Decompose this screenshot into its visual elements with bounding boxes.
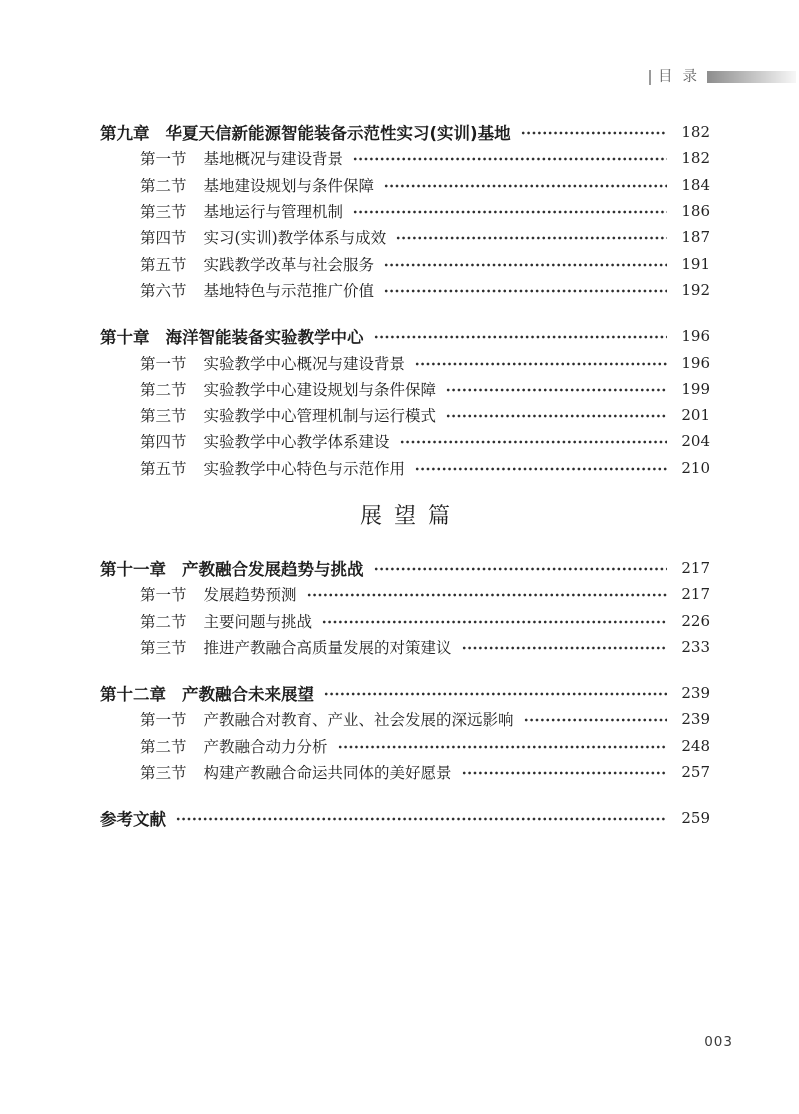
part-title: 展望篇 [100, 501, 710, 533]
section-number: 第一节 [140, 708, 187, 730]
toc-chapter-block: 第十二章产教融合未来展望239第一节产教融合对教育、产业、社会发展的深远影响23… [100, 680, 710, 785]
toc-section-row: 第一节基地概况与建设背景182 [100, 145, 710, 171]
toc-chapter-block: 第十章海洋智能装备实验教学中心196第一节实验教学中心概况与建设背景196第二节… [100, 323, 710, 481]
toc: 第九章华夏天信新能源智能装备示范性实习(实训)基地182第一节基地概况与建设背景… [100, 119, 710, 852]
section-number: 第六节 [140, 279, 187, 301]
dot-leader [176, 816, 667, 822]
section-number: 第三节 [140, 636, 187, 658]
page-number: 210 [676, 459, 710, 477]
section-title: 基地概况与建设背景 [204, 147, 344, 169]
dot-leader [384, 288, 667, 294]
section-number: 第五节 [140, 253, 187, 275]
section-number: 第二节 [140, 174, 187, 196]
section-title: 实践教学改革与社会服务 [204, 253, 375, 275]
page-number: 182 [676, 149, 710, 167]
section-title: 基地特色与示范推广价值 [204, 279, 375, 301]
dot-leader [521, 130, 667, 136]
toc-chapter-block: 第十一章产教融合发展趋势与挑战217第一节发展趋势预测217第二节主要问题与挑战… [100, 555, 710, 660]
page-number: 257 [676, 763, 710, 781]
toc-references-block: 参考文献259 [100, 805, 710, 831]
toc-chapter-row: 第十章海洋智能装备实验教学中心196 [100, 323, 710, 349]
page-number: 233 [676, 638, 710, 656]
page-number: 184 [676, 176, 710, 194]
section-number: 第三节 [140, 761, 187, 783]
dot-leader [524, 717, 667, 723]
dot-leader [446, 413, 667, 419]
chapter-number: 第十二章 [100, 681, 166, 705]
chapter-title: 华夏天信新能源智能装备示范性实习(实训)基地 [166, 120, 511, 144]
running-header: 目录 [649, 68, 796, 86]
page-number: 239 [676, 684, 710, 702]
toc-chapter-row: 第十二章产教融合未来展望239 [100, 680, 710, 706]
page-number: 217 [676, 585, 710, 603]
section-title: 基地运行与管理机制 [204, 200, 344, 222]
page-number: 248 [676, 737, 710, 755]
dot-leader [353, 156, 667, 162]
section-title: 实习(实训)教学体系与成效 [204, 226, 387, 248]
dot-leader [374, 566, 668, 572]
page-number: 259 [676, 809, 710, 827]
page-number: 199 [676, 380, 710, 398]
chapter-title: 参考文献 [100, 806, 166, 830]
dot-leader [322, 619, 667, 625]
section-title: 基地建设规划与条件保障 [204, 174, 375, 196]
dot-leader [400, 439, 667, 445]
section-title: 实验教学中心概况与建设背景 [204, 352, 406, 374]
page-number: 186 [676, 202, 710, 220]
dot-leader [462, 770, 667, 776]
header-title: 目录 [658, 68, 707, 86]
section-title: 发展趋势预测 [204, 583, 297, 605]
dot-leader [415, 466, 667, 472]
toc-section-row: 第二节产教融合动力分析248 [100, 733, 710, 759]
dot-leader [384, 262, 667, 268]
page-number: 204 [676, 432, 710, 450]
dot-leader [353, 209, 667, 215]
chapter-title: 产教融合发展趋势与挑战 [182, 556, 364, 580]
toc-section-row: 第五节实验教学中心特色与示范作用210 [100, 455, 710, 481]
section-number: 第三节 [140, 404, 187, 426]
page-number: 191 [676, 255, 710, 273]
page-number: 196 [676, 354, 710, 372]
section-number: 第一节 [140, 147, 187, 169]
dot-leader [396, 235, 667, 241]
toc-section-row: 第六节基地特色与示范推广价值192 [100, 277, 710, 303]
toc-section-row: 第四节实验教学中心教学体系建设204 [100, 428, 710, 454]
dot-leader [374, 334, 668, 340]
section-title: 实验教学中心管理机制与运行模式 [204, 404, 437, 426]
page-number: 226 [676, 612, 710, 630]
section-title: 实验教学中心教学体系建设 [204, 430, 390, 452]
section-number: 第二节 [140, 378, 187, 400]
section-number: 第二节 [140, 610, 187, 632]
section-title: 构建产教融合命运共同体的美好愿景 [204, 761, 452, 783]
toc-chapter-row: 第九章华夏天信新能源智能装备示范性实习(实训)基地182 [100, 119, 710, 145]
page-number: 196 [676, 327, 710, 345]
header-marker-line [649, 70, 651, 85]
chapter-title: 海洋智能装备实验教学中心 [166, 324, 364, 348]
page-number: 182 [676, 123, 710, 141]
toc-chapter-block: 第九章华夏天信新能源智能装备示范性实习(实训)基地182第一节基地概况与建设背景… [100, 119, 710, 303]
section-title: 实验教学中心建设规划与条件保障 [204, 378, 437, 400]
toc-section-row: 第一节产教融合对教育、产业、社会发展的深远影响239 [100, 706, 710, 732]
section-title: 产教融合动力分析 [204, 735, 328, 757]
toc-section-row: 第五节实践教学改革与社会服务191 [100, 250, 710, 276]
section-title: 产教融合对教育、产业、社会发展的深远影响 [204, 708, 514, 730]
page-number: 192 [676, 281, 710, 299]
section-number: 第四节 [140, 226, 187, 248]
dot-leader [307, 592, 667, 598]
toc-section-row: 第二节实验教学中心建设规划与条件保障199 [100, 376, 710, 402]
toc-section-row: 第三节实验教学中心管理机制与运行模式201 [100, 402, 710, 428]
page-number: 217 [676, 559, 710, 577]
toc-chapter-row: 第十一章产教融合发展趋势与挑战217 [100, 555, 710, 581]
dot-leader [446, 387, 667, 393]
section-number: 第一节 [140, 352, 187, 374]
section-title: 实验教学中心特色与示范作用 [204, 457, 406, 479]
chapter-number: 第九章 [100, 120, 150, 144]
toc-section-row: 第三节基地运行与管理机制186 [100, 198, 710, 224]
dot-leader [384, 183, 667, 189]
dot-leader [462, 645, 667, 651]
page-number: 187 [676, 228, 710, 246]
toc-section-row: 第一节发展趋势预测217 [100, 581, 710, 607]
page-number-footer: 003 [704, 1034, 733, 1050]
section-number: 第四节 [140, 430, 187, 452]
dot-leader [338, 744, 667, 750]
toc-section-row: 第一节实验教学中心概况与建设背景196 [100, 349, 710, 375]
page-number: 239 [676, 710, 710, 728]
section-number: 第一节 [140, 583, 187, 605]
section-title: 推进产教融合高质量发展的对策建议 [204, 636, 452, 658]
dot-leader [324, 691, 667, 697]
section-number: 第二节 [140, 735, 187, 757]
chapter-number: 第十一章 [100, 556, 166, 580]
dot-leader [415, 361, 667, 367]
chapter-number: 第十章 [100, 324, 150, 348]
toc-section-row: 第三节推进产教融合高质量发展的对策建议233 [100, 634, 710, 660]
toc-chapter-row: 参考文献259 [100, 805, 710, 831]
toc-section-row: 第二节基地建设规划与条件保障184 [100, 172, 710, 198]
page-number: 201 [676, 406, 710, 424]
section-title: 主要问题与挑战 [204, 610, 313, 632]
header-gradient-bar [707, 71, 796, 83]
toc-section-row: 第四节实习(实训)教学体系与成效187 [100, 224, 710, 250]
section-number: 第五节 [140, 457, 187, 479]
toc-section-row: 第三节构建产教融合命运共同体的美好愿景257 [100, 759, 710, 785]
section-number: 第三节 [140, 200, 187, 222]
toc-section-row: 第二节主要问题与挑战226 [100, 607, 710, 633]
chapter-title: 产教融合未来展望 [182, 681, 314, 705]
